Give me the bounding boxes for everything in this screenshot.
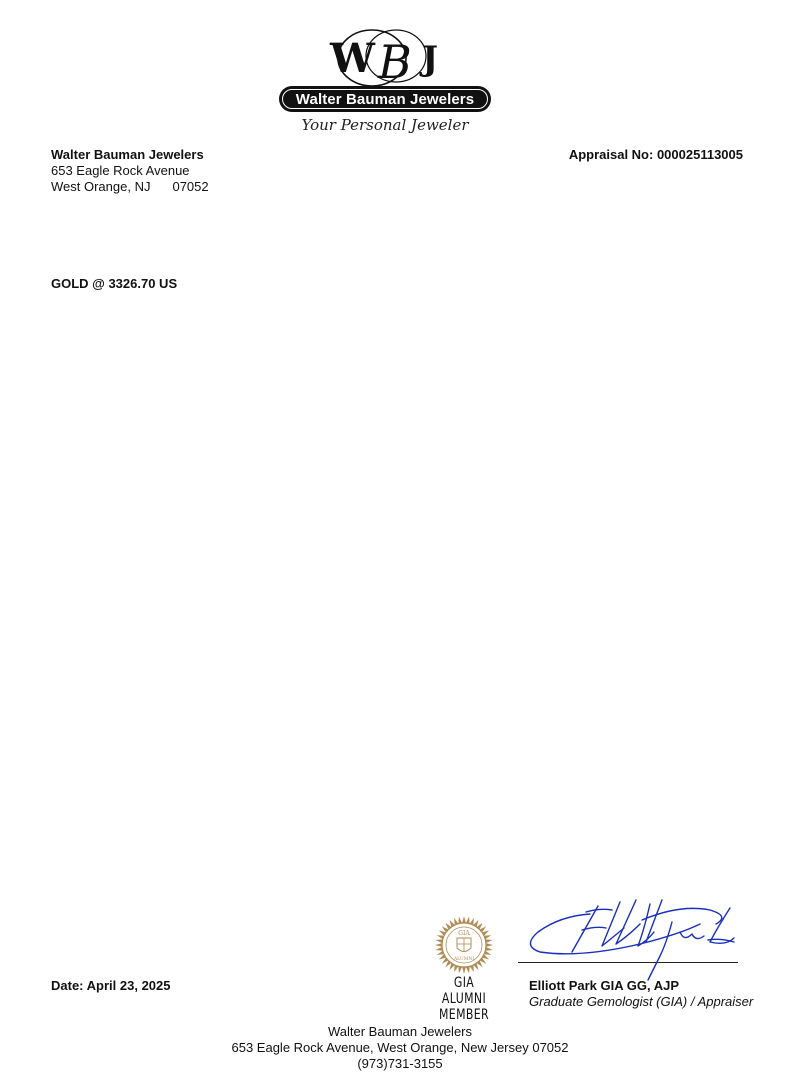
date-value: April 23, 2025 (87, 978, 171, 993)
svg-text:B: B (377, 35, 412, 88)
appraisal-number: Appraisal No: 000025113005 (569, 147, 743, 163)
logo-plate-text: Walter Bauman Jewelers (282, 89, 488, 109)
signer-name: Elliott Park GIA GG, AJP (529, 978, 753, 994)
logo-tagline: Your Personal Jeweler (276, 116, 494, 134)
seal-bottom-text: ALUMNI (453, 956, 474, 962)
sender-name: Walter Bauman Jewelers (51, 147, 209, 163)
logo-plate: Walter Bauman Jewelers (279, 86, 491, 112)
date-label: Date: (51, 978, 84, 993)
gold-price: GOLD @ 3326.70 US (51, 276, 177, 292)
gia-alumni-badge: GIA ALUMNI GIA ALUMNI MEMBER (424, 915, 504, 1015)
gia-badge-line2: MEMBER (433, 1007, 495, 1023)
wbj-monogram-icon: W B J (322, 26, 452, 88)
sender-street: 653 Eagle Rock Avenue (51, 163, 209, 179)
footer-company: Walter Bauman Jewelers (0, 1024, 800, 1040)
sender-address-block: Walter Bauman Jewelers 653 Eagle Rock Av… (51, 147, 209, 195)
appraisal-label: Appraisal No: (569, 147, 654, 162)
seal-top-text: GIA (458, 930, 470, 937)
appraisal-value: 000025113005 (657, 147, 743, 162)
sender-city-state: West Orange, NJ (51, 179, 150, 194)
signer-title: Graduate Gemologist (GIA) / Appraiser (529, 994, 753, 1010)
signature-icon (520, 894, 750, 984)
sender-city-line: West Orange, NJ07052 (51, 179, 209, 195)
sender-zip: 07052 (172, 179, 208, 194)
signer-block: Elliott Park GIA GG, AJP Graduate Gemolo… (529, 978, 753, 1010)
svg-text:J: J (419, 39, 438, 79)
footer-phone: (973)731-3155 (0, 1056, 800, 1072)
footer-street: 653 Eagle Rock Avenue, West Orange, New … (0, 1040, 800, 1056)
footer-address: Walter Bauman Jewelers 653 Eagle Rock Av… (0, 1024, 800, 1072)
company-logo: W B J Walter Bauman Jewelers Your Person… (276, 24, 494, 138)
appraisal-date: Date: April 23, 2025 (51, 978, 170, 994)
gia-badge-label: GIA ALUMNI MEMBER (433, 975, 495, 1023)
svg-text:W: W (329, 35, 376, 82)
gia-seal-icon: GIA ALUMNI (434, 915, 494, 975)
gia-badge-line1: GIA ALUMNI (433, 975, 495, 1007)
